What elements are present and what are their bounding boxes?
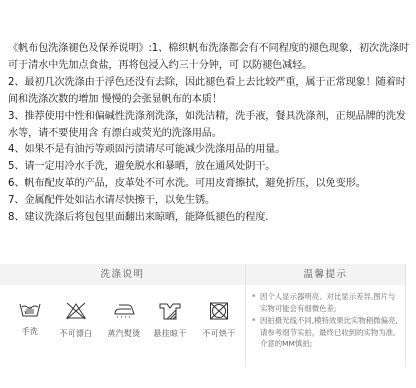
no-bleach-icon [65,302,87,320]
wash-icon-label: 不可烘干 [196,328,242,339]
hand-wash-icon [19,302,41,318]
wash-icon-label: 不可漂白 [53,328,99,339]
wash-icon-item: 蒸汽熨烫 [101,302,147,339]
wash-icon-label: 手洗 [7,326,53,337]
tip-bullet: * [252,291,256,303]
wash-icon-item: 悬挂晾干 [147,302,193,339]
no-tumble-dry-icon [209,302,229,320]
wash-icon-label: 蒸汽熨烫 [101,328,147,339]
wash-instructions-header: 洗涤说明 [0,264,245,285]
tip-item: * 因拍摄光线不同,模特效果比实物稍微偏亮,请参考细节实拍，最终已收到的实物为准… [252,315,402,350]
care-paragraph-7: 7、金属配件处如沾水请尽快擦干，以免生锈。 [8,193,412,210]
wash-icon-item: 不可烘干 [196,302,242,339]
wash-icon-item: 手洗 [7,302,53,337]
tip-bullet: * [252,315,256,327]
hang-dry-icon [159,302,181,320]
tips-list: * 因个人显示器明亮、对比显示差异,图片与实物可能会有细微色差; * 因拍摄光线… [252,291,402,351]
tips-column: * 因个人显示器明亮、对比显示差异,图片与实物可能会有细微色差; * 因拍摄光线… [245,285,406,367]
care-paragraph-4: 4、如果不是有油污等顽固污渍请尽可能减少洗涤用品的用量。 [8,142,412,159]
steam-iron-icon [113,302,135,320]
care-paragraph-1: 《帆布包洗涤褪色及保养说明》:1、棉织帆布洗涤都会有不同程度的褪色现象，初次洗涤… [8,41,412,75]
wash-icon-item: 不可漂白 [53,302,99,339]
tip-text: 因个人显示器明亮、对比显示差异,图片与实物可能会有细微色差; [260,292,395,313]
wash-icon-label: 悬挂晾干 [147,328,193,339]
care-paragraph-2: 2、最初几次洗涤由于浮色还没有去除，因此褪色看上去比较严重，属于正常现象！随着时… [8,75,412,109]
tip-item: * 因个人显示器明亮、对比显示差异,图片与实物可能会有细微色差; [252,291,402,314]
care-paragraph-5: 5、请一定用冷水手洗，避免脱水和暴晒，放在通风处阴干。 [8,159,412,176]
care-instructions: 《帆布包洗涤褪色及保养说明》:1、棉织帆布洗涤都会有不同程度的褪色现象，初次洗涤… [8,41,412,227]
tips-header: 温馨提示 [245,264,406,285]
tip-text: 因拍摄光线不同,模特效果比实物稍微偏亮,请参考细节实拍，最终已收到的实物为准,介… [260,316,398,348]
care-paragraph-3: 3、推荐使用中性和偏碱性洗涤剂洗涤，如洗洁精，洗手液，餐具洗涤剂，正规品牌的洗发… [8,109,412,143]
care-paragraph-6: 6、帆布配皮革的产品，皮革处不可水洗。可用皮膏擦拭，避免折压，以免变形。 [8,176,412,193]
care-paragraph-8: 8、建议洗涤后将包包里面翻出来晾晒，能降低褪色的程度. [8,210,412,227]
